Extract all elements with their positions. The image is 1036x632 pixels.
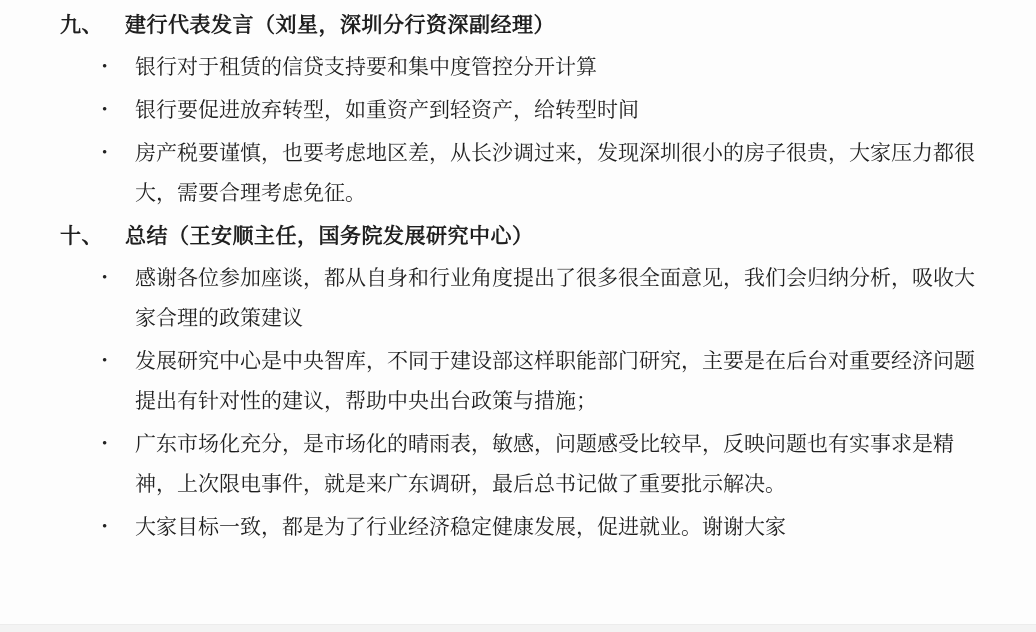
bullet-icon: • bbox=[102, 47, 135, 87]
bullet-icon: • bbox=[102, 90, 135, 130]
bullet-text: 银行对于租赁的信贷支持要和集中度管控分开计算 bbox=[135, 47, 993, 87]
bullet-text: 房产税要谨慎，也要考虑地区差，从长沙调过来，发现深圳很小的房子很贵，大家压力都很… bbox=[135, 133, 993, 213]
document-section: 十、 总结（王安顺主任，国务院发展研究中心） • 感谢各位参加座谈，都从自身和行… bbox=[0, 216, 1036, 547]
section-heading: 十、 总结（王安顺主任，国务院发展研究中心） bbox=[0, 216, 1036, 256]
document-page: 九、 建行代表发言（刘星，深圳分行资深副经理） • 银行对于租赁的信贷支持要和集… bbox=[0, 0, 1036, 547]
bullet-text: 感谢各位参加座谈，都从自身和行业角度提出了很多很全面意见，我们会归纳分析，吸收大… bbox=[135, 258, 993, 338]
bullet-icon: • bbox=[102, 133, 135, 213]
bullet-item: • 银行要促进放弃转型，如重资产到轻资产，给转型时间 bbox=[0, 90, 1036, 130]
document-section: 九、 建行代表发言（刘星，深圳分行资深副经理） • 银行对于租赁的信贷支持要和集… bbox=[0, 5, 1036, 213]
section-heading: 九、 建行代表发言（刘星，深圳分行资深副经理） bbox=[0, 5, 1036, 45]
bottom-edge-strip bbox=[0, 624, 1036, 632]
bullet-text: 银行要促进放弃转型，如重资产到轻资产，给转型时间 bbox=[135, 90, 993, 130]
bullet-item: • 感谢各位参加座谈，都从自身和行业角度提出了很多很全面意见，我们会归纳分析，吸… bbox=[0, 258, 1036, 338]
bullet-item: • 房产税要谨慎，也要考虑地区差，从长沙调过来，发现深圳很小的房子很贵，大家压力… bbox=[0, 133, 1036, 213]
bullet-text: 发展研究中心是中央智库，不同于建设部这样职能部门研究，主要是在后台对重要经济问题… bbox=[135, 341, 993, 421]
section-title: 总结（王安顺主任，国务院发展研究中心） bbox=[125, 216, 993, 256]
bullet-icon: • bbox=[102, 424, 135, 504]
bullet-list: • 银行对于租赁的信贷支持要和集中度管控分开计算 • 银行要促进放弃转型，如重资… bbox=[0, 47, 1036, 213]
bullet-icon: • bbox=[102, 507, 135, 547]
section-number: 十、 bbox=[60, 216, 125, 256]
bullet-icon: • bbox=[102, 341, 135, 421]
bullet-item: • 发展研究中心是中央智库，不同于建设部这样职能部门研究，主要是在后台对重要经济… bbox=[0, 341, 1036, 421]
bullet-item: • 广东市场化充分，是市场化的晴雨表，敏感，问题感受比较早，反映问题也有实事求是… bbox=[0, 424, 1036, 504]
bullet-item: • 大家目标一致，都是为了行业经济稳定健康发展，促进就业。谢谢大家 bbox=[0, 507, 1036, 547]
section-title: 建行代表发言（刘星，深圳分行资深副经理） bbox=[125, 5, 993, 45]
bullet-text: 广东市场化充分，是市场化的晴雨表，敏感，问题感受比较早，反映问题也有实事求是精神… bbox=[135, 424, 993, 504]
bullet-text: 大家目标一致，都是为了行业经济稳定健康发展，促进就业。谢谢大家 bbox=[135, 507, 993, 547]
bullet-icon: • bbox=[102, 258, 135, 338]
bullet-item: • 银行对于租赁的信贷支持要和集中度管控分开计算 bbox=[0, 47, 1036, 87]
section-number: 九、 bbox=[60, 5, 125, 45]
bullet-list: • 感谢各位参加座谈，都从自身和行业角度提出了很多很全面意见，我们会归纳分析，吸… bbox=[0, 258, 1036, 547]
